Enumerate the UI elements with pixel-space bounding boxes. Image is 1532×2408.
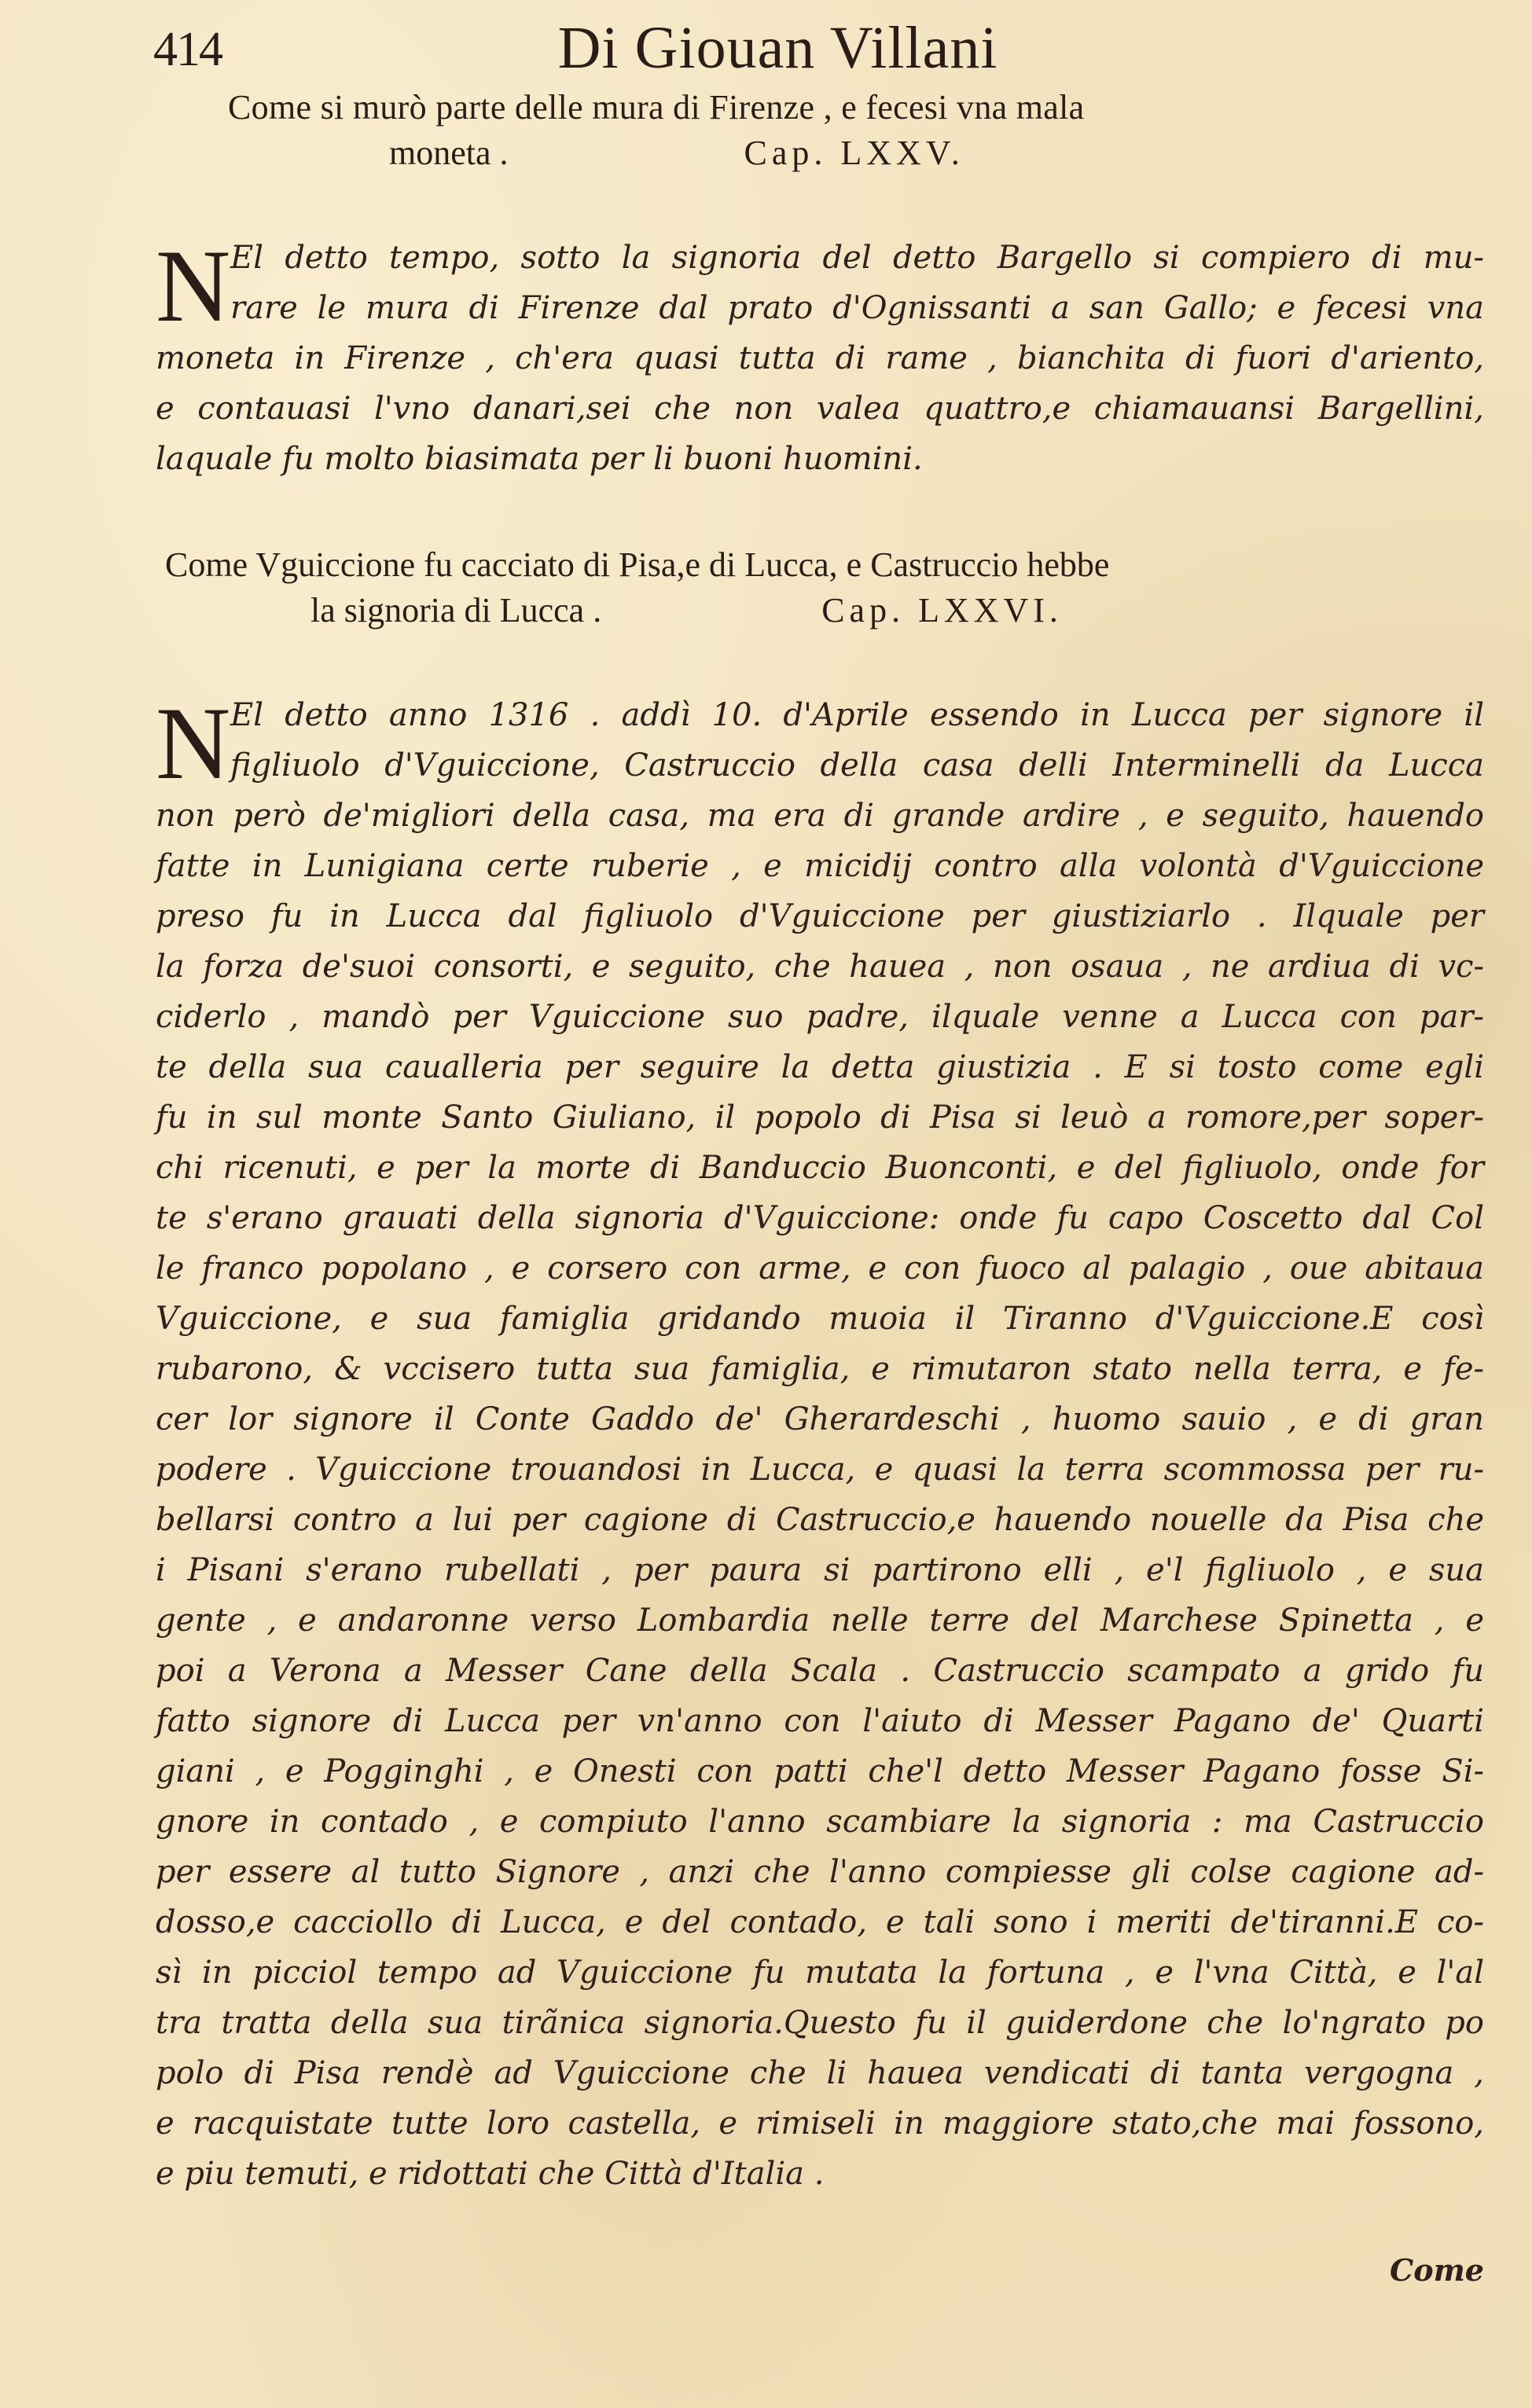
text-line: fatte in Lunigiana certe ruberie , e mic… bbox=[156, 841, 1484, 891]
chapter-75-heading-line2: moneta .Cap. LXXV. bbox=[228, 130, 1501, 176]
text-line: chi ricenuti, e per la morte di Banducci… bbox=[156, 1143, 1484, 1193]
text-line: laquale fu molto biasimata per li buoni … bbox=[156, 434, 1484, 484]
text-line: Vguiccione, e sua famiglia gridando muoi… bbox=[156, 1294, 1484, 1344]
text-line: te della sua caualleria per seguire la d… bbox=[156, 1042, 1484, 1092]
text-line: rubarono, & vccisero tutta sua famiglia,… bbox=[156, 1344, 1484, 1394]
text-line: dosso,e cacciollo di Lucca, e del contad… bbox=[156, 1897, 1484, 1947]
text-line: gnore in contado , e compiuto l'anno sca… bbox=[156, 1797, 1484, 1847]
book-page: 414 Di Giouan Villani Come si murò parte… bbox=[0, 0, 1532, 2408]
chapter-76-heading-line1: Come Vguiccione fu cacciato di Pisa,e di… bbox=[165, 542, 1501, 588]
text-line: te s'erano grauati della signoria d'Vgui… bbox=[156, 1193, 1484, 1243]
text-line: preso fu in Lucca dal figliuolo d'Vguicc… bbox=[156, 891, 1484, 942]
chapter-76-number: Cap. LXXVI. bbox=[821, 591, 1063, 630]
chapter-75-body: N El detto tempo, sotto la signoria del … bbox=[156, 233, 1484, 484]
text-line: El detto anno 1316 . addì 10. d'Aprile e… bbox=[156, 690, 1484, 740]
text-line: non però de'migliori della casa, ma era … bbox=[156, 791, 1484, 841]
text-line: per essere al tutto Signore , anzi che l… bbox=[156, 1847, 1484, 1897]
text-line: ciderlo , mandò per Vguiccione suo padre… bbox=[156, 992, 1484, 1042]
chapter-75-heading-line1: Come si murò parte delle mura di Firenze… bbox=[228, 85, 1501, 130]
text-line: le franco popolano , e corsero con arme,… bbox=[156, 1243, 1484, 1294]
text-line: gente , e andaronne verso Lombardia nell… bbox=[156, 1595, 1484, 1646]
text-line: rare le mura di Firenze dal prato d'Ogni… bbox=[156, 283, 1484, 333]
text-line: sì in picciol tempo ad Vguiccione fu mut… bbox=[156, 1947, 1484, 1998]
chapter-75-heading: Come si murò parte delle mura di Firenze… bbox=[228, 85, 1501, 176]
text-line: bellarsi contro a lui per cagione di Cas… bbox=[156, 1495, 1484, 1545]
text-line: cer lor signore il Conte Gaddo de' Ghera… bbox=[156, 1394, 1484, 1444]
text-line: giani , e Pogginghi , e Onesti con patti… bbox=[156, 1746, 1484, 1797]
drop-cap: N bbox=[156, 239, 230, 333]
text-line: fu in sul monte Santo Giuliano, il popol… bbox=[156, 1092, 1484, 1143]
chapter-75-heading-line2-text: moneta . bbox=[389, 134, 509, 172]
chapter-75-number: Cap. LXXV. bbox=[744, 134, 964, 172]
chapter-76-heading: Come Vguiccione fu cacciato di Pisa,e di… bbox=[165, 542, 1501, 633]
text-line: la forza de'suoi consorti, e seguito, ch… bbox=[156, 942, 1484, 992]
chapter-76-body: N El detto anno 1316 . addì 10. d'Aprile… bbox=[156, 690, 1484, 2199]
text-line: tra tratta della sua tirãnica signoria.Q… bbox=[156, 1998, 1484, 2048]
text-line: figliuolo d'Vguiccione, Castruccio della… bbox=[156, 740, 1484, 791]
text-line: e racquistate tutte loro castella, e rim… bbox=[156, 2098, 1484, 2149]
text-line: e piu temuti, e ridottati che Città d'It… bbox=[156, 2149, 1484, 2199]
text-line: e contauasi l'vno danari,sei che non val… bbox=[156, 384, 1484, 434]
catchword: Come bbox=[1390, 2252, 1484, 2288]
text-line: podere . Vguiccione trouandosi in Lucca,… bbox=[156, 1444, 1484, 1495]
chapter-76-heading-line2-text: la signoria di Lucca . bbox=[310, 591, 601, 630]
running-title: Di Giouan Villani bbox=[0, 14, 1532, 83]
chapter-76-heading-line2: la signoria di Lucca .Cap. LXXVI. bbox=[165, 588, 1501, 633]
text-line: polo di Pisa rendè ad Vguiccione che li … bbox=[156, 2048, 1484, 2098]
text-line: fatto signore di Lucca per vn'anno con l… bbox=[156, 1696, 1484, 1746]
text-line: i Pisani s'erano rubellati , per paura s… bbox=[156, 1545, 1484, 1595]
drop-cap: N bbox=[156, 696, 230, 791]
text-line: El detto tempo, sotto la signoria del de… bbox=[156, 233, 1484, 283]
text-line: moneta in Firenze , ch'era quasi tutta d… bbox=[156, 333, 1484, 384]
text-line: poi a Verona a Messer Cane della Scala .… bbox=[156, 1646, 1484, 1696]
